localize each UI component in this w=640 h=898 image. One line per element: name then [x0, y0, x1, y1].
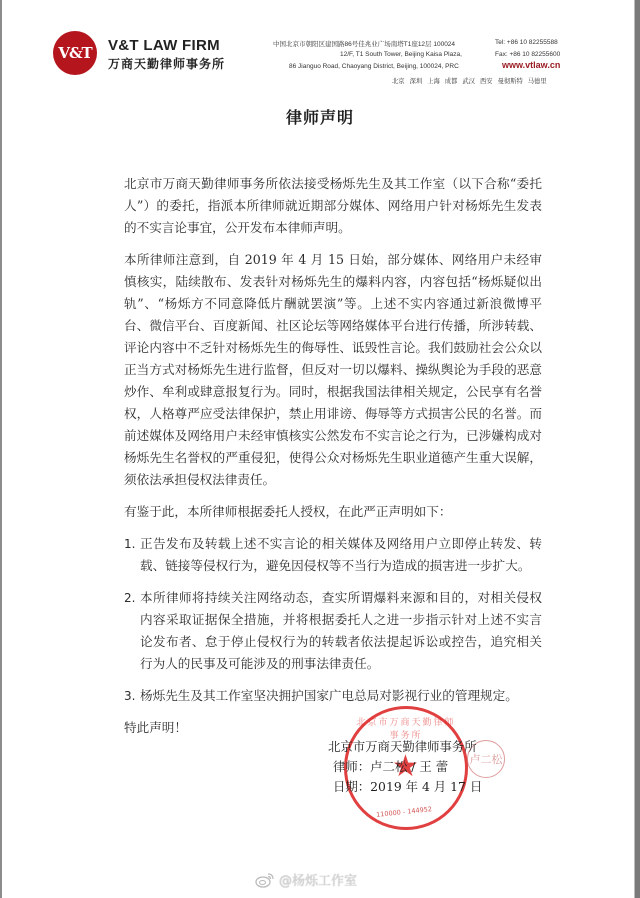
office-cities: 北京 深圳 上海 成都 武汉 西安 曼彻斯特 马德里 — [392, 76, 547, 85]
scan-edge-right — [634, 0, 640, 898]
document-body: 北京市万商天勤律师事务所依法接受杨烁先生及其工作室（以下合称“委托人”）的委托，… — [124, 173, 542, 749]
scan-edge-left — [0, 0, 2, 898]
paragraph-intro: 北京市万商天勤律师事务所依法接受杨烁先生及其工作室（以下合称“委托人”）的委托，… — [124, 173, 542, 239]
signature-lawyers: 律师：卢二松 / 王 蕾 — [333, 757, 448, 775]
signature-date: 日期：2019 年 4 月 17 日 — [333, 777, 482, 795]
item-number: 1. — [124, 533, 140, 577]
paragraph-facts: 本所律师注意到，自 2019 年 4 月 15 日始，部分媒体、网络用户未经审慎… — [124, 249, 542, 491]
item-number: 2. — [124, 587, 140, 675]
document-title: 律师声明 — [0, 105, 640, 128]
address-en-line1: 12/F, T1 South Tower, Beijing Kaisa Plaz… — [340, 51, 462, 58]
address-cn: 中国北京市朝阳区建国路86号佳兆业广场南塔T1座12层 100024 — [273, 39, 455, 48]
fax-number: Fax: +86 10 82255600 — [495, 51, 560, 58]
phone-number: Tel: +86 10 82255588 — [495, 39, 558, 46]
firm-name-cn: 万商天勤律师事务所 — [108, 55, 225, 72]
firm-logo: V&T — [53, 31, 97, 75]
website-link[interactable]: www.vtlaw.cn — [502, 60, 560, 70]
weibo-icon — [255, 872, 275, 888]
signature-firm: 北京市万商天勤律师事务所 — [328, 737, 477, 755]
firm-name-en: V&T LAW FIRM — [108, 37, 220, 54]
watermark-text: @杨烁工作室 — [279, 870, 357, 889]
address-en-line2: 86 Jianguo Road, Chaoyang District, Beij… — [289, 63, 459, 70]
item-number: 3. — [124, 685, 140, 707]
declaration-item: 3. 杨烁先生及其工作室坚决拥护国家广电总局对影视行业的管理规定。 — [124, 685, 542, 707]
paragraph-declaration-lead: 有鉴于此，本所律师根据委托人授权，在此严正声明如下： — [124, 501, 542, 523]
letterhead: V&T V&T LAW FIRM 万商天勤律师事务所 中国北京市朝阳区建国路86… — [0, 0, 640, 90]
declaration-item: 1. 正告发布及转载上述不实言论的相关媒体及网络用户立即停止转发、转载、链接等侵… — [124, 533, 542, 577]
declaration-list: 1. 正告发布及转载上述不实言论的相关媒体及网络用户立即停止转发、转载、链接等侵… — [124, 533, 542, 707]
closing-statement: 特此声明！ — [124, 717, 542, 739]
logo-text: V&T — [58, 44, 91, 62]
item-text: 本所律师将持续关注网络动态，查实所谓爆料来源和目的，对相关侵权内容采取证据保全措… — [140, 587, 542, 675]
item-text: 正告发布及转载上述不实言论的相关媒体及网络用户立即停止转发、转载、链接等侵权行为… — [140, 533, 542, 577]
item-text: 杨烁先生及其工作室坚决拥护国家广电总局对影视行业的管理规定。 — [140, 685, 542, 707]
declaration-item: 2. 本所律师将持续关注网络动态，查实所谓爆料来源和目的，对相关侵权内容采取证据… — [124, 587, 542, 675]
weibo-watermark: @杨烁工作室 — [255, 870, 357, 889]
